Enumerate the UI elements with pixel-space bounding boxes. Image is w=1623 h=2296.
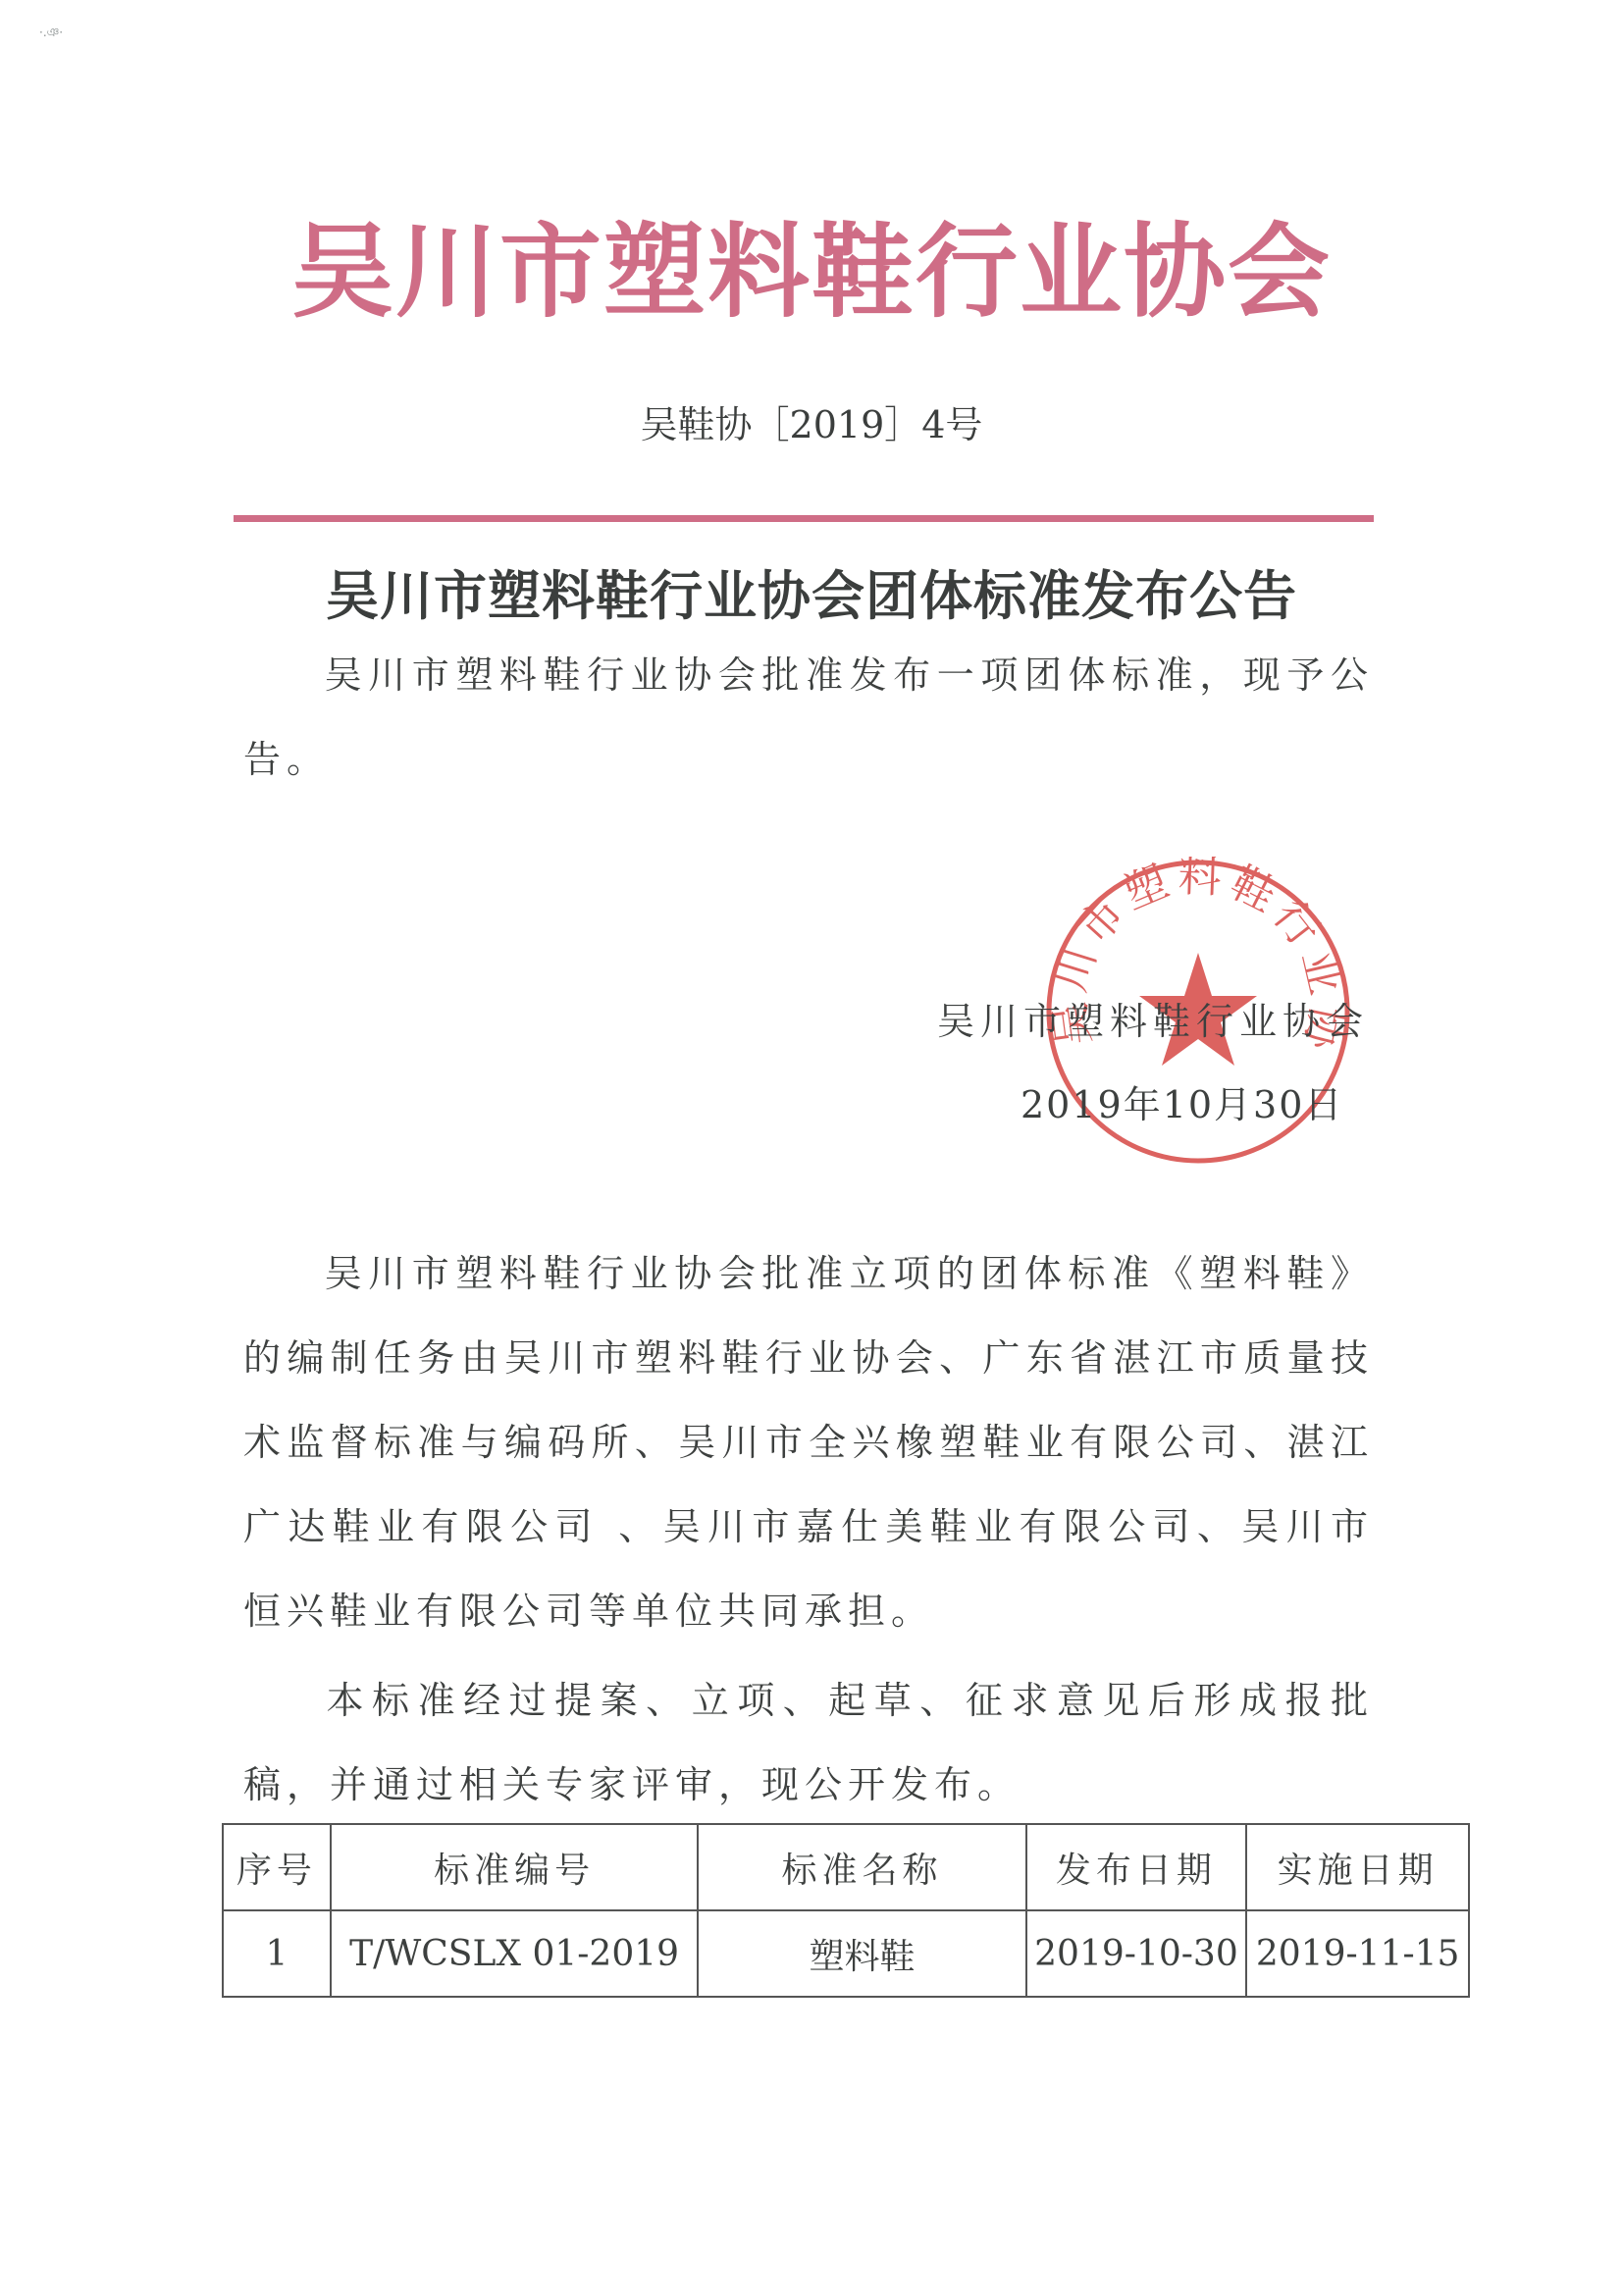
organization-letterhead: 吴川市塑料鞋行业协会 <box>0 221 1623 323</box>
header-release-date: 发布日期 <box>1026 1824 1247 1910</box>
table-row: 1 T/WCSLX 01-2019 塑料鞋 2019-10-30 2019-11… <box>223 1910 1469 1997</box>
red-divider <box>234 515 1374 522</box>
header-standard-number: 标准编号 <box>331 1824 699 1910</box>
signature-organization: 吴川市塑料鞋行业协会 <box>937 991 1369 1045</box>
intro-text: 吴川市塑料鞋行业协会批准发布一项团体标准，现予公告。 <box>243 653 1374 781</box>
body-paragraph-2: 本标准经过提案、立项、起草、征求意见后形成报批稿，并通过相关专家评审，现公开发布… <box>243 1658 1374 1827</box>
signature-date: 2019年10月30日 <box>1021 1074 1343 1128</box>
header-standard-name: 标准名称 <box>698 1824 1025 1910</box>
cell-standard-number: T/WCSLX 01-2019 <box>331 1910 699 1997</box>
cell-serial: 1 <box>223 1910 331 1997</box>
cell-standard-name: 塑料鞋 <box>698 1910 1025 1997</box>
body-text-2: 本标准经过提案、立项、起草、征求意见后形成报批稿，并通过相关专家评审，现公开发布… <box>243 1679 1374 1806</box>
page-title: 吴川市塑料鞋行业协会团体标准发布公告 <box>0 554 1623 630</box>
standards-table: 序号 标准编号 标准名称 发布日期 实施日期 1 T/WCSLX 01-2019… <box>222 1823 1470 1998</box>
table-header-row: 序号 标准编号 标准名称 发布日期 实施日期 <box>223 1824 1469 1910</box>
header-serial: 序号 <box>223 1824 331 1910</box>
body-text-1: 吴川市塑料鞋行业协会批准立项的团体标准《塑料鞋》的编制任务由吴川市塑料鞋行业协会… <box>243 1252 1374 1633</box>
intro-paragraph: 吴川市塑料鞋行业协会批准发布一项团体标准，现予公告。 <box>243 633 1374 802</box>
body-paragraph-1: 吴川市塑料鞋行业协会批准立项的团体标准《塑料鞋》的编制任务由吴川市塑料鞋行业协会… <box>243 1231 1374 1653</box>
cell-effective-date: 2019-11-15 <box>1246 1910 1469 1997</box>
scan-artifact: ·.ঞ· <box>39 25 63 44</box>
cell-release-date: 2019-10-30 <box>1026 1910 1247 1997</box>
document-number: 吴鞋协［2019］4号 <box>0 394 1623 448</box>
header-effective-date: 实施日期 <box>1246 1824 1469 1910</box>
